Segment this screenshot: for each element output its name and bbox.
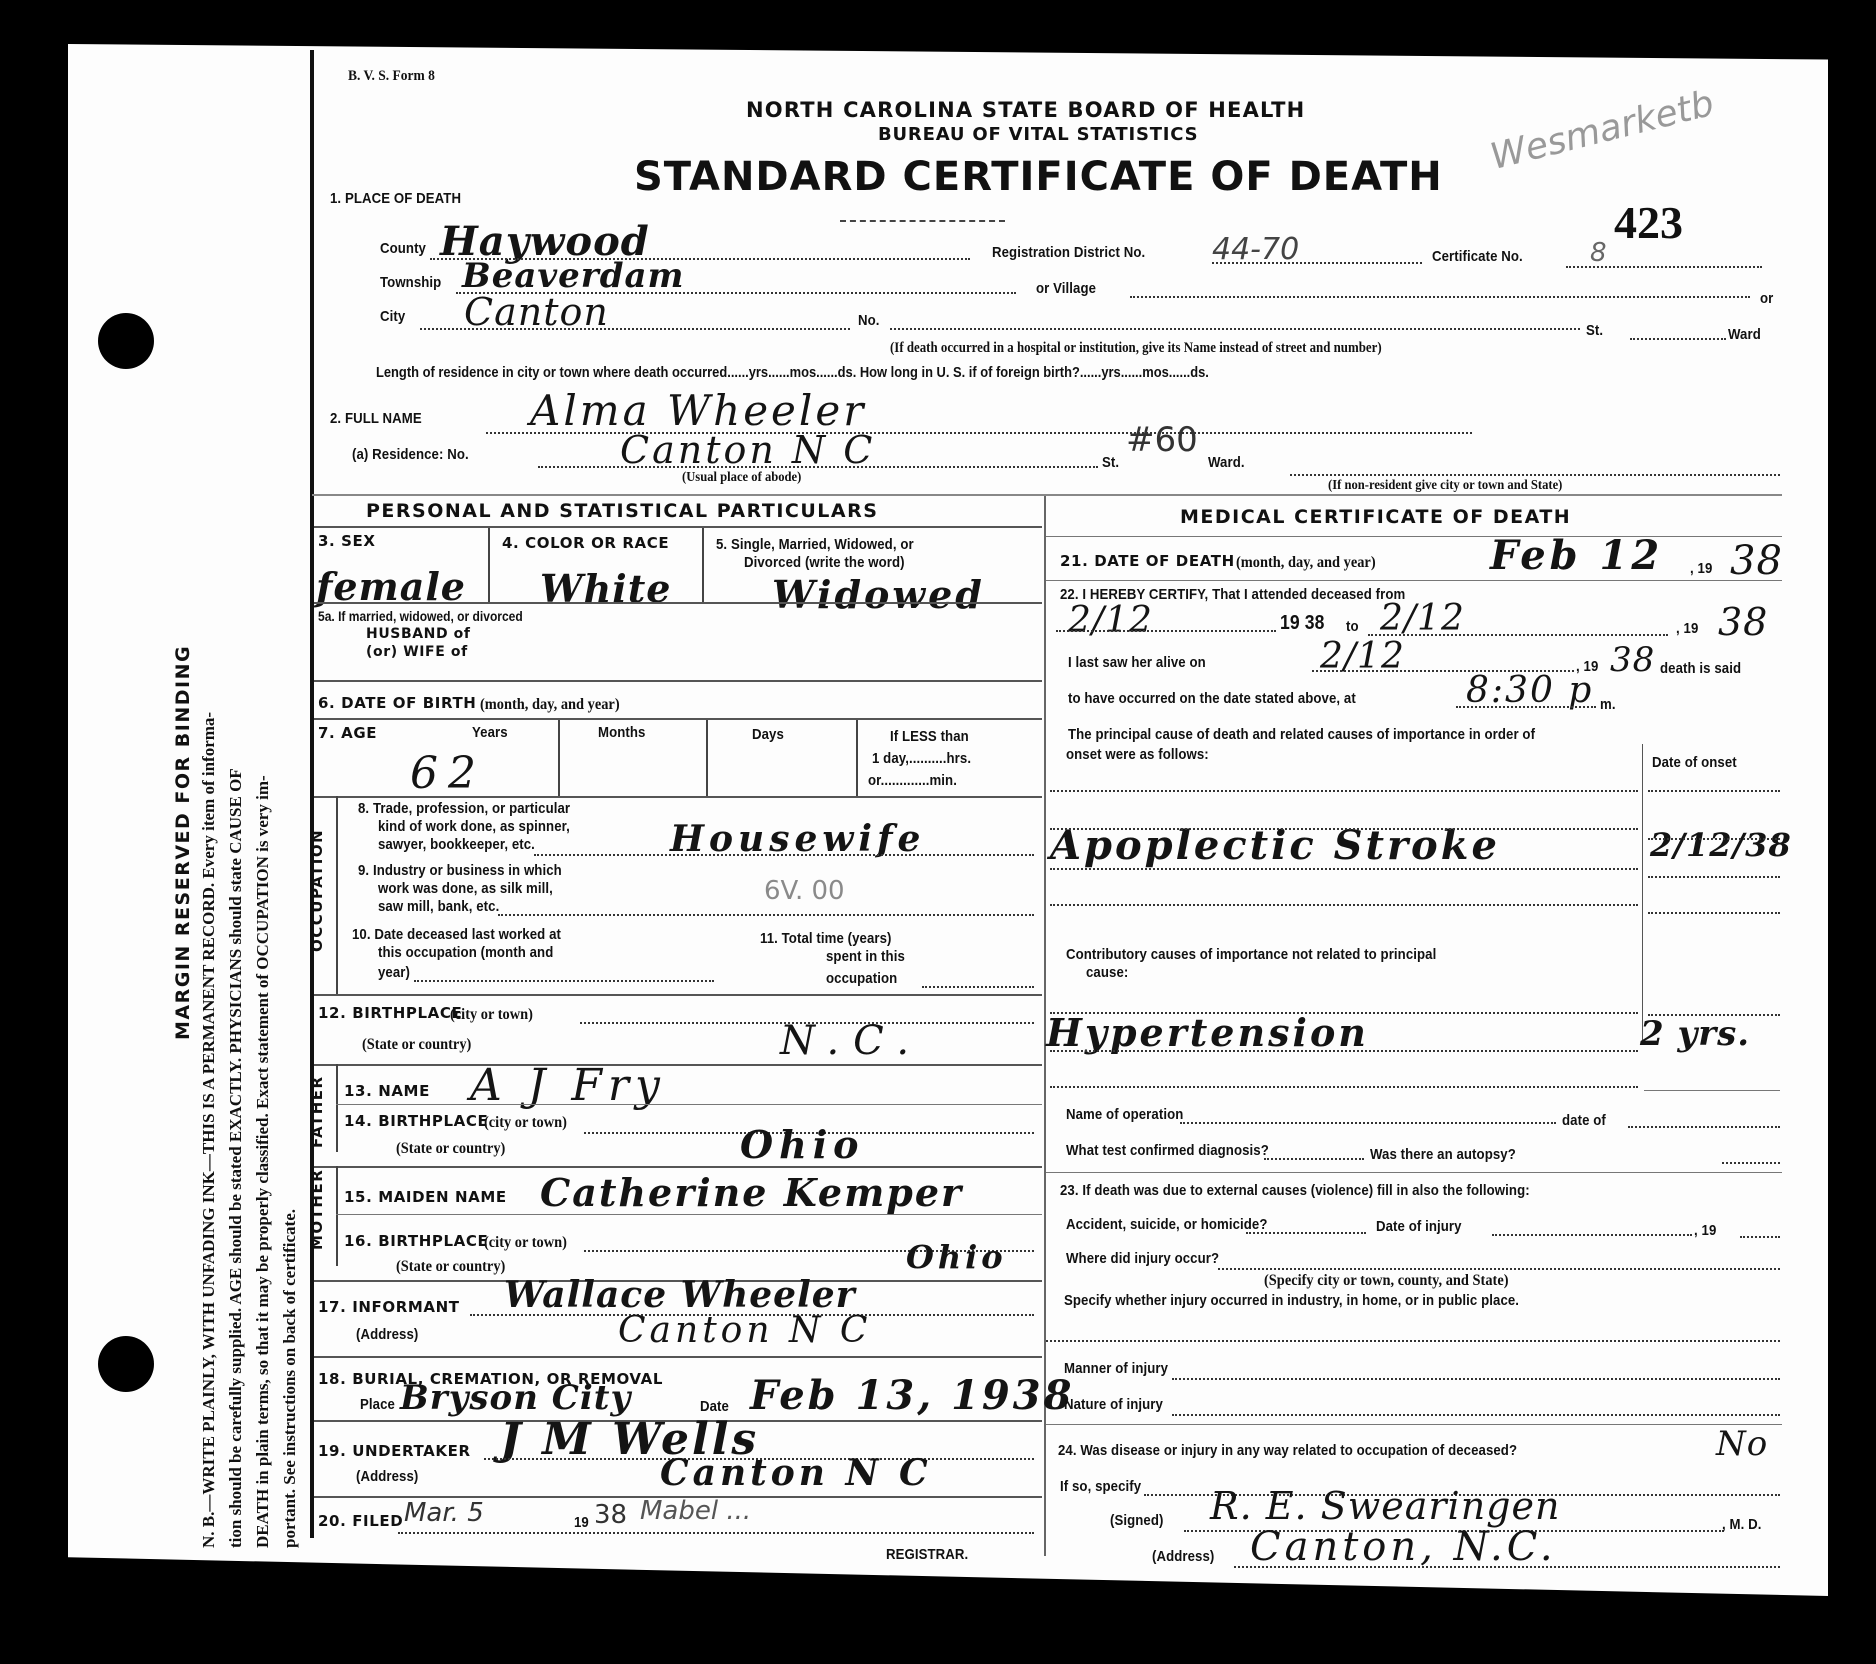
where-hint: (Specify city or town, county, and State… <box>1264 1272 1509 1290</box>
contrib-label-2: cause: <box>1086 964 1128 981</box>
spouse-label-1: 5a. If married, widowed, or divorced <box>318 608 523 624</box>
certificate-label: Certificate No. <box>1432 248 1523 265</box>
father-side-divider <box>336 1064 338 1152</box>
contrib-line-2 <box>1050 1050 1638 1052</box>
mother-birthplace-hint-state: (State or country) <box>396 1258 505 1276</box>
death-date-label: 21. DATE OF DEATH <box>1060 552 1235 570</box>
no-label: No. <box>858 312 880 329</box>
undertaker-address-value[interactable]: Canton N C <box>660 1452 932 1494</box>
diagnosis-rule <box>1046 1172 1782 1173</box>
attended-from-line <box>1056 630 1276 632</box>
personal-section-title: PERSONAL AND STATISTICAL PARTICULARS <box>366 500 878 522</box>
accident-label: Accident, suicide, or homicide? <box>1066 1216 1268 1233</box>
attended-to-line <box>1368 634 1668 636</box>
race-marital-divider <box>702 528 704 602</box>
filed-date[interactable]: Mar. 5 <box>404 1498 484 1528</box>
cause-line-1 <box>1050 790 1638 792</box>
residence-length-line: Length of residence in city or town wher… <box>376 364 1209 381</box>
death-time-value[interactable]: 8:30 p <box>1466 670 1593 711</box>
attended-from-year: 19 38 <box>1280 612 1324 635</box>
death-year-prefix: , 19 <box>1690 560 1712 577</box>
birthplace-row-rule <box>314 1064 1042 1066</box>
abode-note: (Usual place of abode) <box>682 470 801 486</box>
dob-hint: (month, day, and year) <box>480 696 620 714</box>
mother-side-divider <box>336 1166 338 1266</box>
sex-row-rule <box>314 602 1042 604</box>
birthplace-hint-city: (city or town) <box>450 1006 533 1024</box>
onset-header: Date of onset <box>1652 754 1737 771</box>
trade-label-2: kind of work done, as spinner, <box>378 818 570 835</box>
dob-row-rule <box>314 718 1042 720</box>
test-label: What test confirmed diagnosis? <box>1066 1142 1269 1159</box>
onset-column-divider <box>1642 744 1643 1040</box>
residence-st-value[interactable]: #60 <box>1126 420 1198 460</box>
certificate-value[interactable]: 8 <box>1590 238 1607 268</box>
certificate-line <box>1566 266 1762 268</box>
marital-value[interactable]: Widowed <box>772 572 985 617</box>
onset-bottom-rule <box>1644 1090 1780 1091</box>
principal-label-2: onset were as follows: <box>1066 746 1209 763</box>
residence-label: (a) Residence: No. <box>352 446 469 463</box>
father-birthplace-value[interactable]: Ohio <box>740 1122 865 1167</box>
age-days-label: Days <box>752 726 784 743</box>
principal-onset-value[interactable]: 2/12/38 <box>1650 826 1792 864</box>
form-id: B. V. S. Form 8 <box>348 68 435 85</box>
age-less-divider <box>856 720 858 796</box>
residence-st-label: St. <box>1102 454 1119 471</box>
industry-label-2: work was done, as silk mill, <box>378 880 553 897</box>
last-worked-label-3: year) <box>378 964 410 981</box>
industry-line <box>498 914 1034 916</box>
injury-date-label: Date of injury <box>1376 1218 1462 1235</box>
operation-label: Name of operation <box>1066 1106 1183 1123</box>
filed-year-prefix: 19 <box>574 1514 589 1531</box>
street-number-line <box>890 328 1580 330</box>
onset-line-1 <box>1648 790 1780 792</box>
spouse-label-2: HUSBAND of <box>366 626 471 642</box>
margin-binding-label: MARGIN RESERVED FOR BINDING <box>172 645 194 1040</box>
death-date-hint: (month, day, and year) <box>1236 554 1376 572</box>
attended-from-value[interactable]: 2/12 <box>1068 600 1153 641</box>
father-row-rule <box>314 1166 1042 1168</box>
reg-district-label: Registration District No. <box>992 244 1145 261</box>
industry-label-1: 9. Industry or business in which <box>358 862 562 879</box>
injury-year-label: , 19 <box>1694 1222 1716 1239</box>
filed-line <box>398 1532 1034 1534</box>
sex-race-divider <box>488 528 490 602</box>
father-name-rule <box>336 1104 1042 1105</box>
stamp-number: 423 <box>1614 196 1683 249</box>
father-side-label: FATHER <box>308 1075 326 1148</box>
total-time-label-2: spent in this <box>826 948 905 965</box>
father-birthplace-hint-city: (city or town) <box>484 1114 567 1132</box>
onset-line-3 <box>1648 876 1780 878</box>
form-left-border <box>310 50 314 1538</box>
onset-line-2 <box>1648 838 1780 840</box>
to-label: to <box>1346 618 1359 635</box>
occupation-row-rule <box>314 994 1042 996</box>
city-label: City <box>380 308 405 325</box>
total-time-label-3: occupation <box>826 970 897 987</box>
injury-date-line <box>1492 1234 1692 1236</box>
nonresident-note: (If non-resident give city or town and S… <box>1328 478 1562 494</box>
personal-header-rule <box>314 526 1042 528</box>
occupation-side-label: OCCUPATION <box>308 829 326 952</box>
md-label: , M. D. <box>1722 1516 1761 1533</box>
doctor-address-line <box>1234 1566 1780 1568</box>
trade-label-3: sawyer, bookkeeper, etc. <box>378 836 535 853</box>
spouse-row-rule <box>314 680 1042 682</box>
operation-date-label: date of <box>1562 1112 1606 1129</box>
undertaker-address-label: (Address) <box>356 1468 418 1485</box>
age-label: 7. AGE <box>318 724 377 742</box>
maiden-name-value[interactable]: Catherine Kemper <box>540 1170 963 1215</box>
title-rule <box>840 220 1005 222</box>
industry-label-3: saw mill, bank, etc. <box>378 898 499 915</box>
specify-place-line <box>1046 1340 1780 1342</box>
operation-line <box>1180 1122 1556 1124</box>
village-line <box>1130 296 1750 298</box>
maiden-name-label: 15. MAIDEN NAME <box>344 1188 507 1206</box>
full-name-label: 2. FULL NAME <box>330 410 422 427</box>
place-of-death-label: 1. PLACE OF DEATH <box>330 190 461 207</box>
death-year-value[interactable]: 38 <box>1730 538 1783 584</box>
accident-line <box>1246 1232 1366 1234</box>
residence-ward-label: Ward. <box>1208 454 1245 471</box>
manner-line <box>1172 1378 1780 1380</box>
manner-label: Manner of injury <box>1064 1360 1168 1377</box>
external-label: 23. If death was due to external causes … <box>1060 1182 1530 1199</box>
mother-birthplace-value[interactable]: Ohio <box>906 1238 1007 1276</box>
attended-to-year[interactable]: 38 <box>1718 600 1768 644</box>
informant-row-rule <box>314 1356 1042 1358</box>
attended-to-value[interactable]: 2/12 <box>1380 598 1465 639</box>
test-line <box>1264 1158 1364 1160</box>
trade-label-1: 8. Trade, profession, or particular <box>358 800 570 817</box>
bureau-name: BUREAU OF VITAL STATISTICS <box>878 124 1198 145</box>
binding-hole-top <box>98 313 154 369</box>
occupation-related-value[interactable]: No <box>1716 1424 1768 1464</box>
less-label-1: If LESS than <box>890 728 969 745</box>
birthplace-hint-state: (State or country) <box>362 1036 471 1054</box>
village-label: or Village <box>1036 280 1096 297</box>
burial-place-value[interactable]: Bryson City <box>400 1378 631 1418</box>
margin-instructions: N. B.—WRITE PLAINLY, WITH UNFADING INK—T… <box>195 68 303 1548</box>
ward-line <box>1630 338 1726 340</box>
mother-side-label: MOTHER <box>308 1169 326 1250</box>
undertaker-label: 19. UNDERTAKER <box>318 1442 471 1460</box>
medical-header-rule <box>1046 536 1782 537</box>
mother-birthplace-label: 16. BIRTHPLACE <box>344 1232 488 1250</box>
signed-label: (Signed) <box>1110 1512 1164 1529</box>
last-saw-label: I last saw her alive on <box>1068 654 1206 671</box>
doctor-address-label: (Address) <box>1152 1548 1214 1565</box>
injury-year-line <box>1740 1236 1780 1238</box>
township-label: Township <box>380 274 441 291</box>
st-label: St. <box>1586 322 1603 339</box>
occupation-side-divider <box>336 796 338 996</box>
doctor-address-value[interactable]: Canton, N.C. <box>1250 1524 1557 1570</box>
attended-to-year-prefix: , 19 <box>1676 620 1698 637</box>
father-name-label: 13. NAME <box>344 1082 430 1100</box>
race-value[interactable]: White <box>540 566 671 611</box>
last-worked-label-2: this occupation (month and <box>378 944 553 961</box>
last-saw-year[interactable]: 38 <box>1610 640 1655 680</box>
death-said-label: death is said <box>1660 660 1741 677</box>
death-time-line <box>1456 706 1596 708</box>
total-time-line <box>922 986 1034 988</box>
age-days-divider <box>706 720 708 796</box>
signed-value[interactable]: R. E. Swearingen <box>1210 1484 1560 1528</box>
birthplace-label: 12. BIRTHPLACE <box>318 1004 462 1022</box>
informant-address-label: (Address) <box>356 1326 418 1343</box>
filed-label: 20. FILED <box>318 1512 403 1530</box>
contrib-onset-value[interactable]: 2 yrs. <box>1640 1014 1750 1054</box>
burial-date-value[interactable]: Feb 13, 1938 <box>750 1372 1074 1419</box>
marital-label-2: Divorced (write the word) <box>744 554 905 571</box>
last-worked-label-1: 10. Date deceased last worked at <box>352 926 561 943</box>
last-worked-line <box>414 980 714 982</box>
city-line <box>420 328 850 330</box>
informant-label: 17. INFORMANT <box>318 1298 460 1316</box>
autopsy-label: Was there an autopsy? <box>1370 1146 1516 1163</box>
death-date-rule <box>1046 580 1782 581</box>
operation-date-line <box>1628 1126 1780 1128</box>
birthplace-value[interactable]: N.C. <box>780 1018 923 1064</box>
cause-line-2 <box>1050 828 1638 830</box>
injury-rule <box>1046 1424 1782 1425</box>
trade-line <box>534 854 1034 856</box>
if-so-label: If so, specify <box>1060 1478 1141 1495</box>
spouse-label-3: (or) WIFE of <box>366 644 468 660</box>
contrib-cause-value[interactable]: Hypertension <box>1046 1010 1369 1055</box>
ward-label: Ward <box>1728 326 1761 343</box>
occupation-related-label: 24. Was disease or injury in any way rel… <box>1058 1442 1517 1459</box>
board-name: NORTH CAROLINA STATE BOARD OF HEALTH <box>746 98 1305 122</box>
filed-year: 38 <box>594 1500 627 1530</box>
certificate-paper <box>68 44 1828 1596</box>
sex-label: 3. SEX <box>318 532 376 550</box>
specify-place-label: Specify whether injury occurred in indus… <box>1064 1292 1519 1309</box>
nature-label: Nature of injury <box>1064 1396 1163 1413</box>
cause-line-4 <box>1050 904 1638 906</box>
father-birthplace-hint-state: (State or country) <box>396 1140 505 1158</box>
burial-date-label: Date <box>700 1398 729 1415</box>
age-row-rule <box>314 796 1042 798</box>
contrib-label-1: Contributory causes of importance not re… <box>1066 946 1436 963</box>
burial-place-label: Place <box>360 1396 395 1413</box>
registrar-signature[interactable]: Mabel ... <box>640 1496 751 1526</box>
race-label: 4. COLOR OR RACE <box>502 534 669 552</box>
principal-label-1: The principal cause of death and related… <box>1068 726 1535 743</box>
where-line <box>1218 1268 1780 1270</box>
total-time-label-1: 11. Total time (years) <box>760 930 892 947</box>
page-title: STANDARD CERTIFICATE OF DEATH <box>634 154 1443 200</box>
reg-district-line <box>1212 262 1422 264</box>
occurred-label: to have occurred on the date stated abov… <box>1068 690 1356 707</box>
industry-code: 6V. 00 <box>764 876 845 906</box>
residence-line <box>538 466 1098 468</box>
less-label-3: or.............min. <box>868 772 957 789</box>
cause-line-3 <box>1050 868 1638 870</box>
age-years-label: Years <box>472 724 508 741</box>
hospital-note: (If death occurred in a hospital or inst… <box>890 340 1382 357</box>
nonresident-line <box>1290 474 1780 476</box>
maiden-name-rule <box>336 1214 1042 1215</box>
mother-birthplace-hint-city: (city or town) <box>484 1234 567 1252</box>
age-years-value[interactable]: 62 <box>410 748 486 799</box>
father-birthplace-label: 14. BIRTHPLACE <box>344 1112 488 1130</box>
binding-hole-bottom <box>98 1336 154 1392</box>
medical-section-title: MEDICAL CERTIFICATE OF DEATH <box>1180 506 1571 528</box>
registrar-label: REGISTRAR. <box>886 1546 968 1563</box>
death-date-value[interactable]: Feb 12 <box>1490 532 1663 579</box>
age-months-divider <box>558 720 560 796</box>
where-label: Where did injury occur? <box>1066 1250 1219 1267</box>
marital-label-1: 5. Single, Married, Widowed, or <box>716 536 914 553</box>
nature-line <box>1172 1414 1780 1416</box>
autopsy-line <box>1722 1162 1780 1164</box>
age-months-label: Months <box>598 724 645 741</box>
am-pm-label: m. <box>1600 696 1616 713</box>
onset-line-4 <box>1648 912 1780 914</box>
section-rule-top <box>312 494 1782 496</box>
less-label-2: 1 day,..........hrs. <box>872 750 971 767</box>
contrib-line-3 <box>1050 1086 1638 1088</box>
county-label: County <box>380 240 426 257</box>
or-label: or <box>1760 290 1773 307</box>
dob-label: 6. DATE OF BIRTH <box>318 694 476 712</box>
informant-address-value[interactable]: Canton N C <box>618 1310 871 1351</box>
